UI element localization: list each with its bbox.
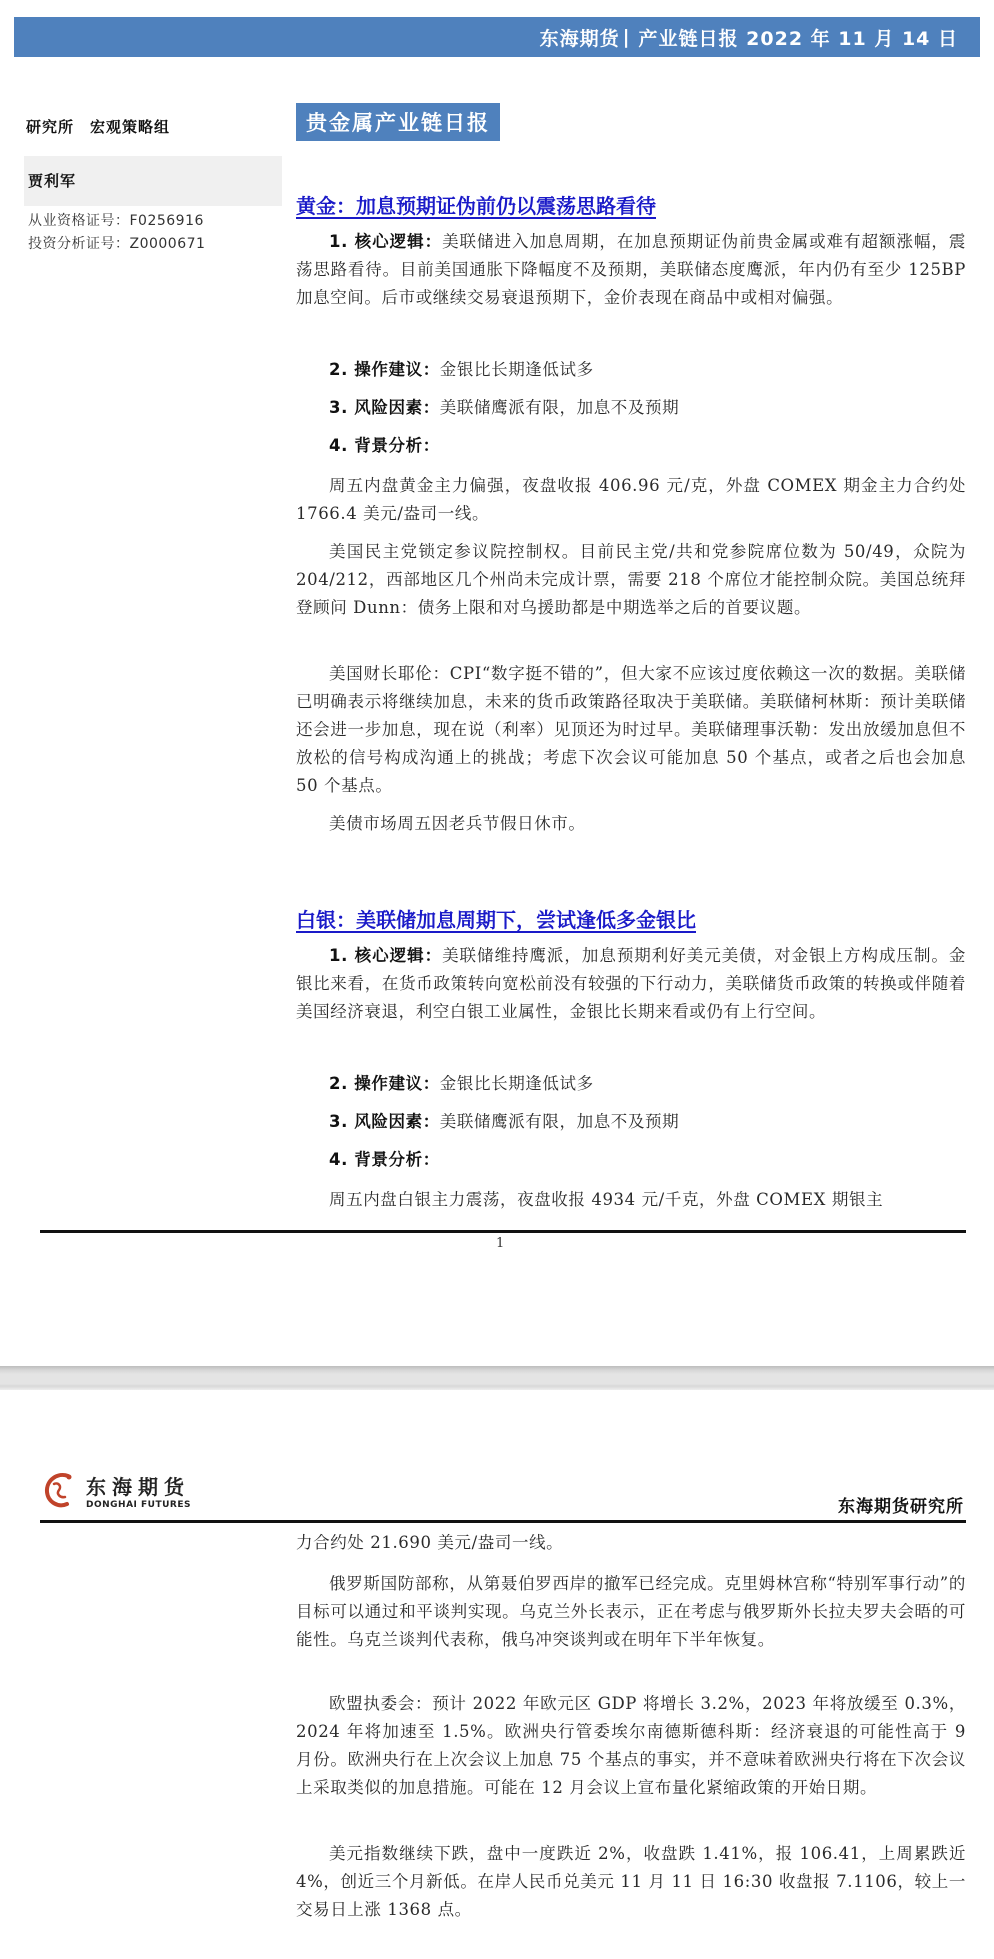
page2-paragraph: 俄罗斯国防部称，从第聂伯罗西岸的撤军已经完成。克里姆林宫称“特别军事行动”的目标… (296, 1570, 966, 1654)
gold-background-heading: 4. 背景分析： (296, 432, 966, 460)
cert-analysis: 投资分析证号：Z0000671 (28, 233, 205, 253)
cert-qualification: 从业资格证号：F0256916 (28, 210, 204, 230)
header-divider (40, 1520, 966, 1523)
silver-bg-paragraph: 周五内盘白银主力震荡，夜盘收报 4934 元/千克，外盘 COMEX 期银主 (296, 1186, 966, 1214)
gold-section-title[interactable]: 黄金：加息预期证伪前仍以震荡思路看待 (296, 190, 656, 219)
gold-advice-label: 2. 操作建议： (329, 360, 440, 379)
page2-paragraph: 美元指数继续下跌，盘中一度跌近 2%，收盘跌 1.41%，报 106.41，上周… (296, 1840, 966, 1924)
silver-risk-text: 美联储鹰派有限，加息不及预期 (440, 1112, 679, 1131)
logo-chinese: 东海期货 (86, 1471, 191, 1500)
gold-core-logic: 1. 核心逻辑：美联储进入加息周期，在加息预期证伪前贵金属或难有超额涨幅，震荡思… (296, 228, 966, 312)
gold-risk-label: 3. 风险因素： (329, 398, 440, 417)
silver-advice-text: 金银比长期逢低试多 (440, 1074, 594, 1093)
top-banner: 东海期货 | 产业链日报 2022 年 11 月 14 日 (14, 17, 980, 57)
institute-name: 东海期货研究所 (838, 1492, 964, 1517)
silver-core-label: 1. 核心逻辑： (329, 946, 442, 965)
author-name: 贾利军 (28, 170, 76, 191)
footer-divider (40, 1230, 966, 1233)
gold-bg-paragraph: 周五内盘黄金主力偏强，夜盘收报 406.96 元/克，外盘 COMEX 期金主力… (296, 472, 966, 528)
dept-label: 研究所 (26, 118, 74, 136)
gold-advice-text: 金银比长期逢低试多 (440, 360, 594, 379)
gold-risk: 3. 风险因素：美联储鹰派有限，加息不及预期 (296, 394, 966, 422)
silver-core-logic: 1. 核心逻辑：美联储维持鹰派，加息预期利好美元美债，对金银上方构成压制。金银比… (296, 942, 966, 1026)
gold-risk-text: 美联储鹰派有限，加息不及预期 (440, 398, 679, 417)
report-label: 贵金属产业链日报 (296, 103, 500, 141)
gold-bg-paragraph: 美债市场周五因老兵节假日休市。 (296, 810, 966, 838)
silver-advice-label: 2. 操作建议： (329, 1074, 440, 1093)
page-1: 东海期货 | 产业链日报 2022 年 11 月 14 日 研究所宏观策略组 贾… (0, 0, 994, 1370)
donghai-logo: 东海期货 DONGHAI FUTURES (40, 1470, 191, 1510)
gold-advice: 2. 操作建议：金银比长期逢低试多 (296, 356, 966, 384)
banner-report-date: 产业链日报 2022 年 11 月 14 日 (639, 24, 958, 51)
page-number: 1 (496, 1236, 504, 1251)
banner-separator: | (623, 26, 631, 48)
banner-company: 东海期货 (540, 24, 620, 51)
silver-background-heading: 4. 背景分析： (296, 1146, 966, 1174)
dragon-logo-icon (40, 1470, 80, 1510)
silver-advice: 2. 操作建议：金银比长期逢低试多 (296, 1070, 966, 1098)
silver-risk-label: 3. 风险因素： (329, 1112, 440, 1131)
gold-bg-paragraph: 美国财长耶伦：CPI“数字挺不错的”，但大家不应该过度依赖这一次的数据。美联储已… (296, 660, 966, 800)
page2-paragraph: 欧盟执委会：预计 2022 年欧元区 GDP 将增长 3.2%，2023 年将放… (296, 1690, 966, 1802)
gold-core-label: 1. 核心逻辑： (329, 232, 442, 251)
silver-bg-continued: 力合约处 21.690 美元/盎司一线。 (296, 1529, 966, 1557)
sidebar-department: 研究所宏观策略组 (26, 116, 170, 137)
silver-risk: 3. 风险因素：美联储鹰派有限，加息不及预期 (296, 1108, 966, 1136)
silver-bg-label: 4. 背景分析： (329, 1150, 440, 1169)
group-label: 宏观策略组 (90, 118, 170, 136)
gold-bg-label: 4. 背景分析： (329, 436, 440, 455)
page-separator (0, 1366, 994, 1390)
logo-english: DONGHAI FUTURES (86, 1500, 191, 1510)
silver-section-title[interactable]: 白银：美联储加息周期下，尝试逢低多金银比 (296, 904, 696, 933)
gold-bg-paragraph: 美国民主党锁定参议院控制权。目前民主党/共和党参院席位数为 50/49，众院为 … (296, 538, 966, 622)
